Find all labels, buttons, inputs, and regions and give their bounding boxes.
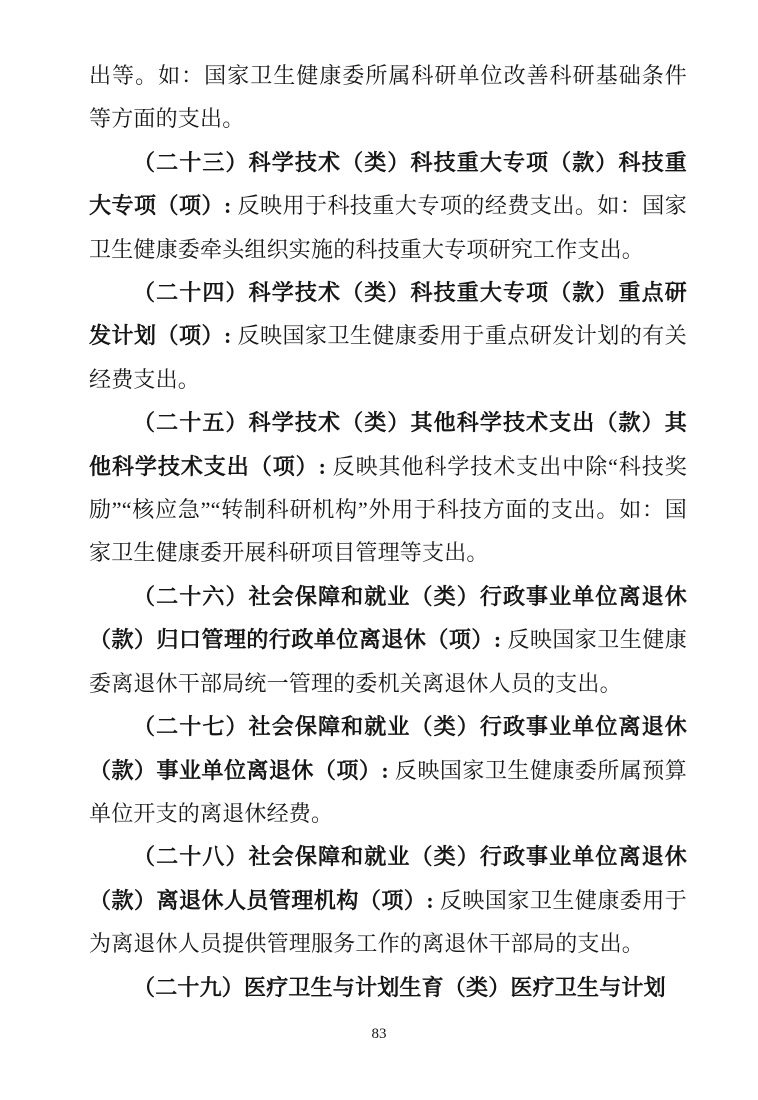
paragraph-item-29: （二十九）医疗卫生与计划生育（类）医疗卫生与计划 bbox=[89, 966, 687, 1009]
paragraph-text: 出等。如：国家卫生健康委所属科研单位改善科研基础条件等方面的支出。 bbox=[89, 63, 687, 131]
paragraph-item-27: （二十七）社会保障和就业（类）行政事业单位离退休（款）事业单位离退休（项）: 反… bbox=[89, 705, 687, 835]
paragraph-continuation: 出等。如：国家卫生健康委所属科研单位改善科研基础条件等方面的支出。 bbox=[89, 54, 687, 141]
paragraph-item-25: （二十五）科学技术（类）其他科学技术支出（款）其他科学技术支出（项）: 反映其他… bbox=[89, 401, 687, 575]
document-body: 出等。如：国家卫生健康委所属科研单位改善科研基础条件等方面的支出。 （二十三）科… bbox=[89, 54, 687, 1009]
document-page: 出等。如：国家卫生健康委所属科研单位改善科研基础条件等方面的支出。 （二十三）科… bbox=[0, 0, 758, 1100]
paragraph-item-23: （二十三）科学技术（类）科技重大专项（款）科技重大专项（项）: 反映用于科技重大… bbox=[89, 141, 687, 271]
paragraph-item-28: （二十八）社会保障和就业（类）行政事业单位离退休（款）离退休人员管理机构（项）:… bbox=[89, 835, 687, 965]
paragraph-lead: （二十九）医疗卫生与计划生育（类）医疗卫生与计划 bbox=[133, 975, 666, 1000]
page-number: 83 bbox=[0, 1026, 758, 1043]
paragraph-item-24: （二十四）科学技术（类）科技重大专项（款）重点研发计划（项）: 反映国家卫生健康… bbox=[89, 271, 687, 401]
paragraph-item-26: （二十六）社会保障和就业（类）行政事业单位离退休（款）归口管理的行政单位离退休（… bbox=[89, 575, 687, 705]
